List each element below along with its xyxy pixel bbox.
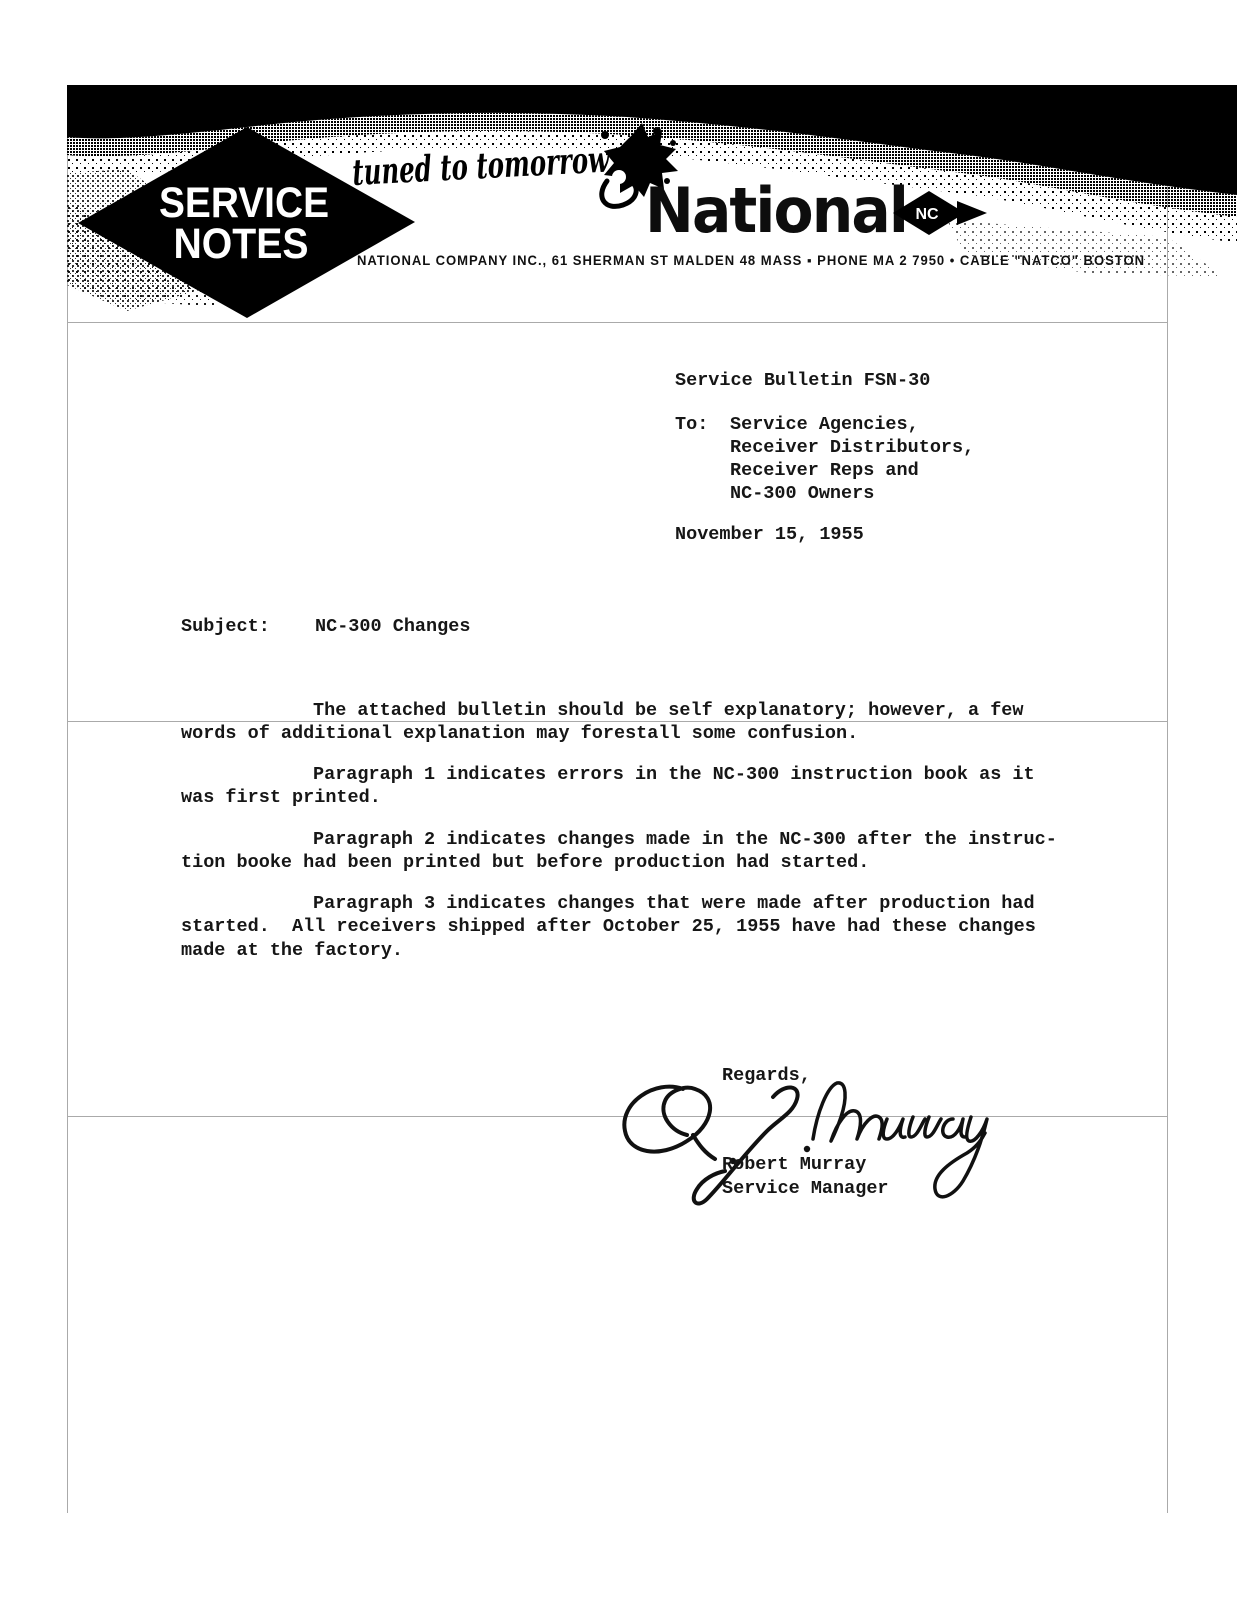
- body-line: tion booke had been printed but before p…: [181, 854, 869, 873]
- to-label: To:: [675, 416, 708, 435]
- recipient-line: Receiver Distributors,: [730, 439, 974, 458]
- brand-logotype: National: [645, 174, 907, 247]
- typed-signature-name: Robert Murray: [722, 1156, 866, 1175]
- body-line: The attached bulletin should be self exp…: [313, 702, 1024, 721]
- scan-divider-middle: [67, 721, 1167, 722]
- subject-value: NC-300 Changes: [315, 618, 470, 637]
- service-notes-word-2: NOTES: [174, 220, 309, 268]
- bulletin-date: November 15, 1955: [675, 526, 864, 545]
- scan-divider-top: [67, 322, 1167, 323]
- body-line: made at the factory.: [181, 942, 403, 961]
- body-line: Paragraph 3 indicates changes that were …: [313, 895, 1035, 914]
- subject-label: Subject:: [181, 618, 270, 637]
- recipient-line: Receiver Reps and: [730, 462, 919, 481]
- body-line: started. All receivers shipped after Oct…: [181, 918, 1036, 937]
- body-line: words of additional explanation may fore…: [181, 725, 858, 744]
- typed-signature-title: Service Manager: [722, 1180, 889, 1199]
- body-line: Paragraph 2 indicates changes made in th…: [313, 831, 1057, 850]
- body-line: Paragraph 1 indicates errors in the NC-3…: [313, 766, 1035, 785]
- scanned-letter-page: SERVICE NOTES tuned to tomorrow National…: [0, 0, 1237, 1600]
- bulletin-number: Service Bulletin FSN-30: [675, 372, 930, 391]
- company-address-line: NATIONAL COMPANY INC., 61 SHERMAN ST MAL…: [357, 253, 1145, 268]
- recipient-line: NC-300 Owners: [730, 485, 874, 504]
- body-line: was first printed.: [181, 789, 381, 808]
- letterhead: SERVICE NOTES tuned to tomorrow National…: [67, 85, 1237, 320]
- recipient-line: Service Agencies,: [730, 416, 919, 435]
- nc-mark-text: NC: [915, 206, 939, 223]
